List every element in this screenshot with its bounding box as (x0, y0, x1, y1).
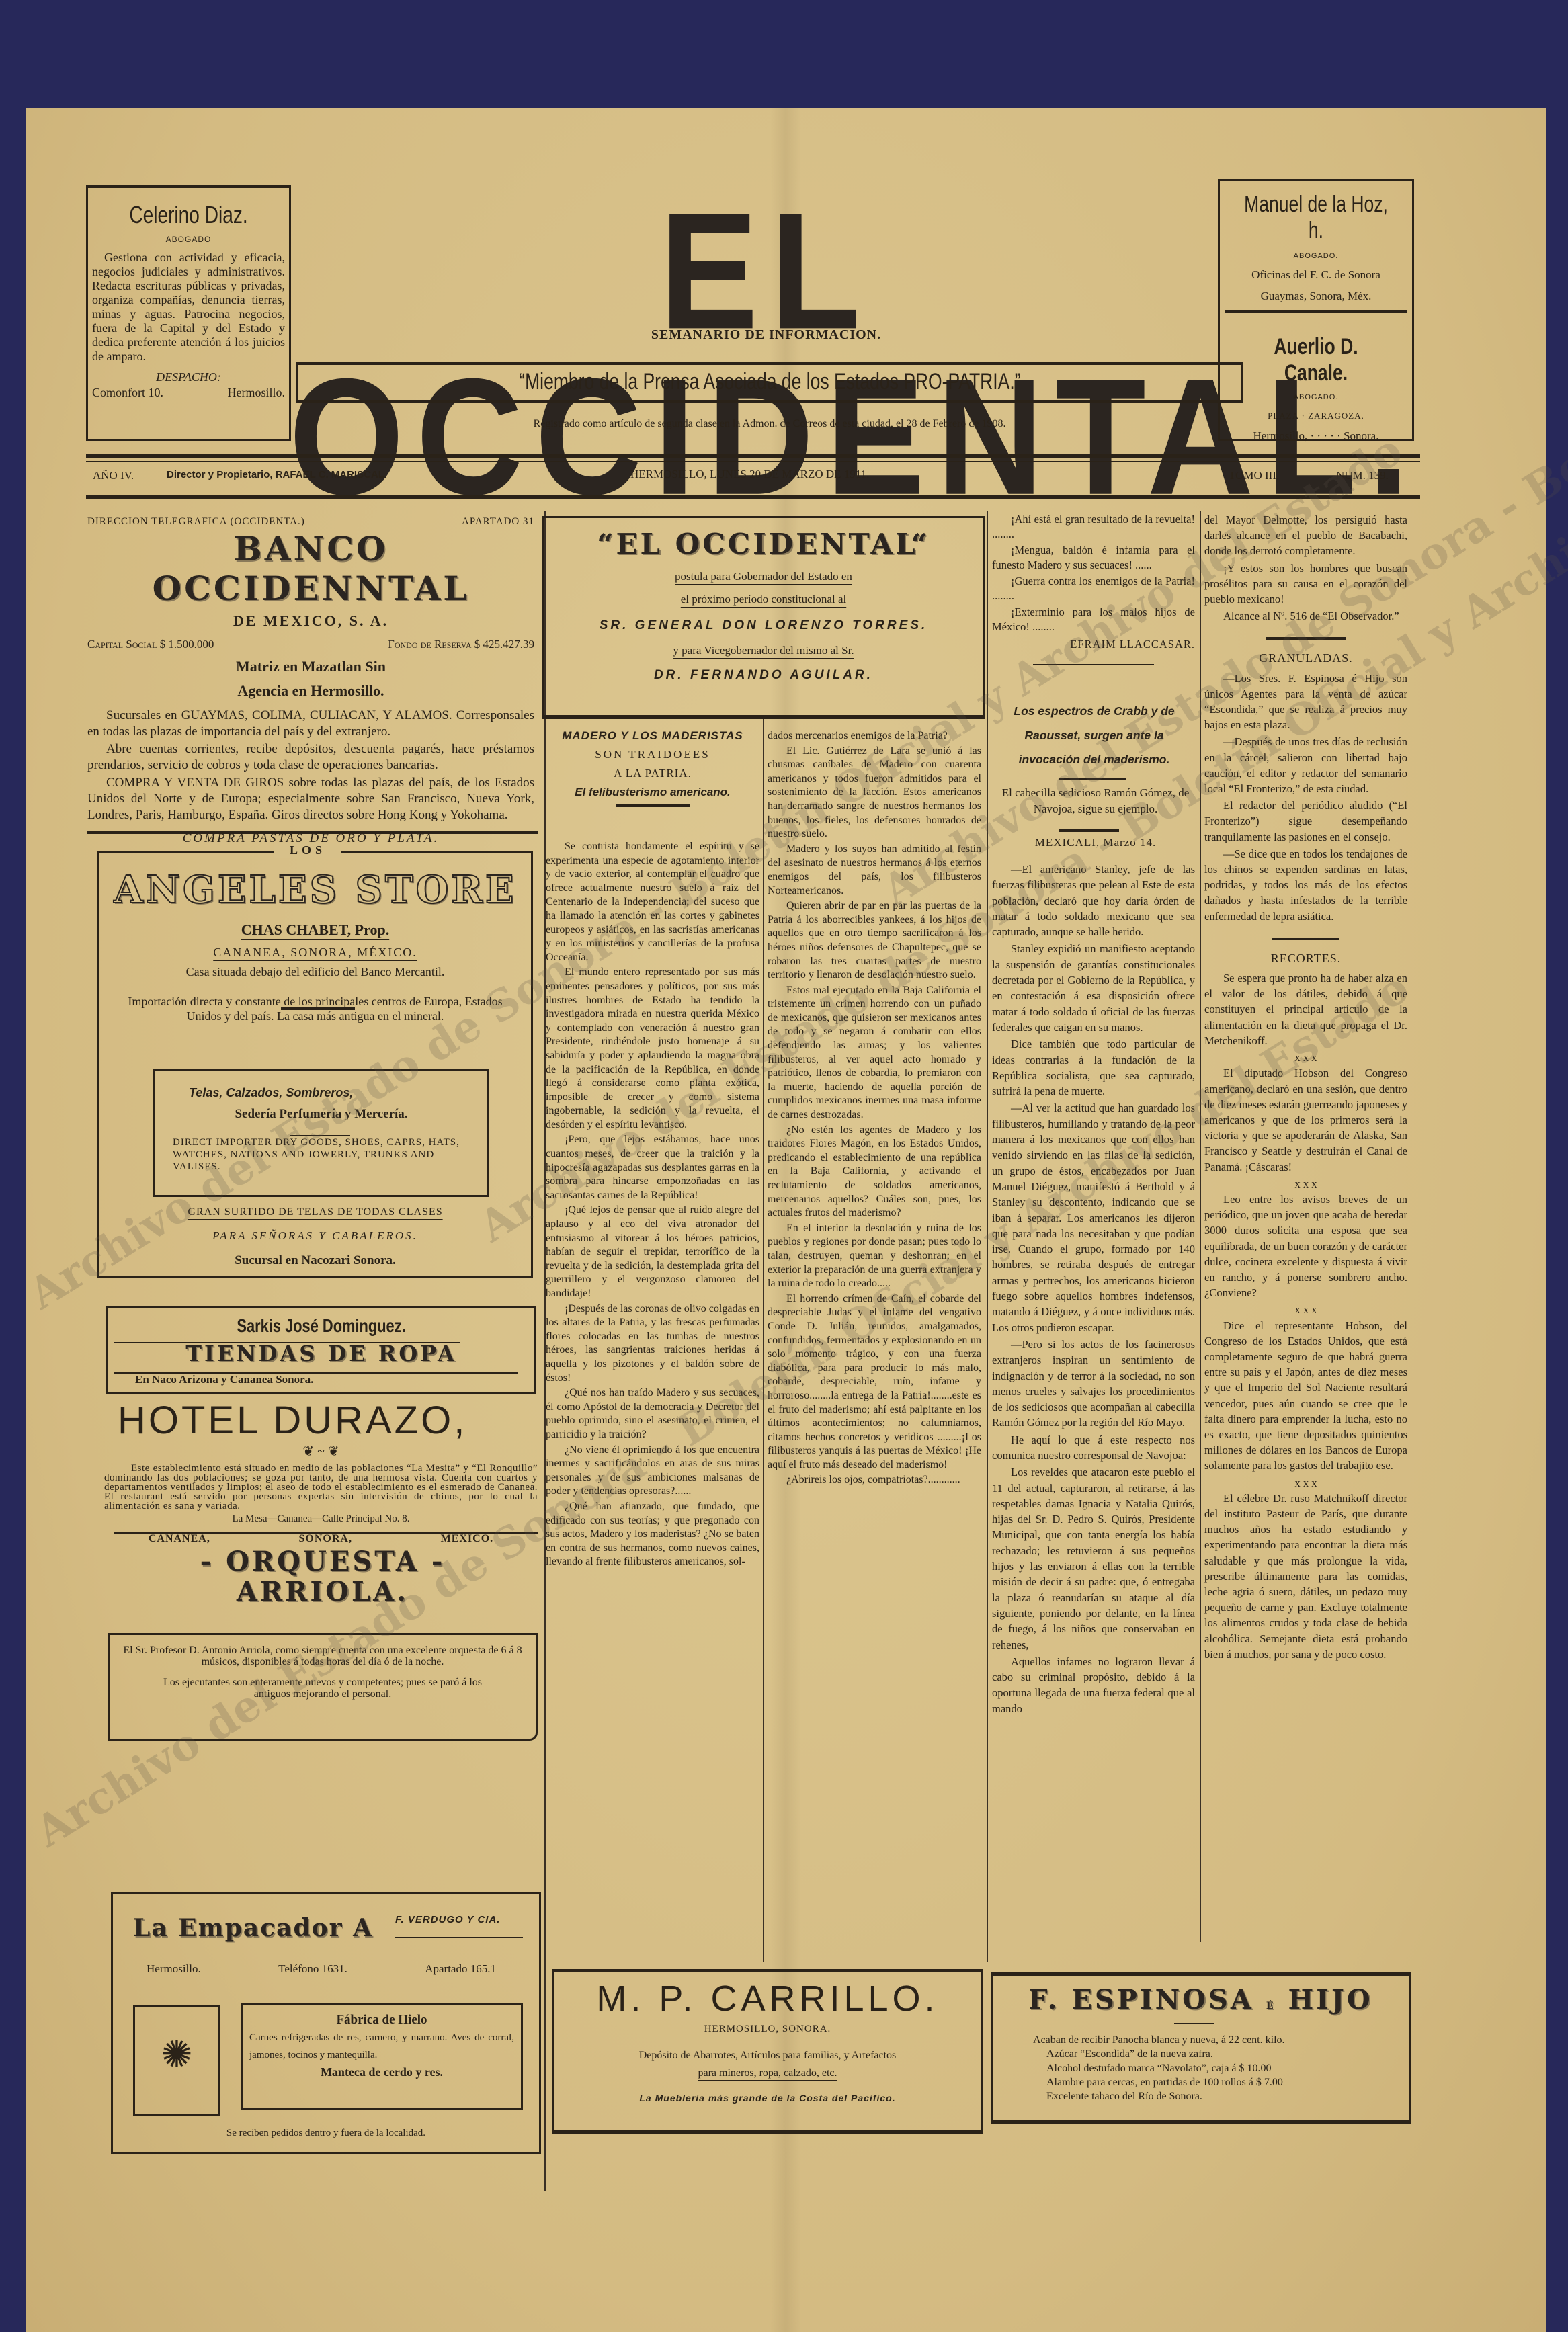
lawyer-city: Hermosillo. (228, 386, 286, 400)
recortes-title: RECORTES. (1204, 951, 1407, 966)
candidacy-title: “EL OCCIDENTAL“ (544, 528, 983, 560)
madero-paragraph: ¿Qué han afianzado, que fundado, que edi… (546, 1500, 759, 1569)
madero-paragraph: El Lic. Gutiérrez de Lara se unió á las … (768, 745, 981, 841)
espinosa-item: Excelente tabaco del Río de Sonora. (1046, 2089, 1409, 2104)
separator: x x x (1204, 1176, 1407, 1192)
recortes-item: Leo entre los avisos breves de un periód… (1204, 1192, 1407, 1300)
espinosa-ad: F. ESPINOSA É HIJO Acaban de recibir Pan… (991, 1972, 1411, 2124)
inner-divider (290, 1135, 350, 1136)
hotel-city: CANÁNEA, (149, 1533, 210, 1545)
exclamation: ¡Guerra contra los enemigos de la Patria… (992, 574, 1195, 603)
espinosa-conjunction: É (1266, 2001, 1276, 2011)
dateline: AÑO IV. Director y Propietario, RAFAEL C… (86, 466, 1420, 487)
bank-capital: Capital Social $ 1.500.000 (87, 638, 214, 651)
crabb-paragraph: Dice también que todo particular de idea… (992, 1036, 1195, 1099)
author-signature: EFRAIM LLACCASAR. (992, 637, 1195, 652)
crabb-subhead: El cabecilla sedicioso Ramón Gómez, de N… (995, 785, 1196, 817)
madero-paragraph: El mundo entero representado por sus más… (546, 966, 759, 1132)
granuladas-item: —Después de unos tres días de reclusión … (1204, 734, 1407, 796)
madero-paragraph: ¿No viene él oprimiendo á los que encuen… (546, 1444, 759, 1499)
granuladas-item: El redactor del periódico aludido (“El F… (1204, 798, 1407, 845)
bank-reserve: Fondo de Reserva $ 425.427.39 (388, 638, 534, 651)
right-lawyer-card: Manuel de la Hoz, h. ABOGADO. Oficinas d… (1218, 179, 1414, 441)
candidacy-line-1: postula para Gobernador del Estado en (544, 570, 983, 583)
madero-paragraph: Quieren abrir de par en par las puertas … (768, 899, 981, 983)
madero-paragraph: ¿Qué nos han traído Madero y sus secuace… (546, 1386, 759, 1442)
bank-subtitle: DE MEXICO, S. A. (87, 612, 534, 630)
column-4: del Mayor Delmotte, los persiguió hasta … (1204, 512, 1407, 1950)
empacadora-phone: Teléfono 1631. (278, 1962, 347, 1976)
empacadora-ad: La Empacador A F. VERDUGO Y CIA. Hermosi… (111, 1892, 541, 2154)
angeles-proprietor: CHAS CHABET, Prop. (99, 921, 531, 939)
candidacy-box: “EL OCCIDENTAL“ postula para Gobernador … (542, 516, 985, 719)
newspaper-subtitle: SEMANARIO DE INFORMACION. (296, 327, 1237, 343)
sarkis-rule-1 (114, 1342, 460, 1343)
fabrica-title: Fábrica de Hielo (243, 2013, 521, 2028)
empacadora-name: La Empacador A (133, 1914, 373, 1942)
angeles-english: DIRECT IMPORTER DRY GOODS, SHOES, CAPRS,… (173, 1136, 474, 1173)
angeles-audience: PARA SEÑORAS Y CABALEROS. (99, 1229, 531, 1243)
crabb-paragraph: He aquí lo que á este respecto nos comun… (992, 1432, 1195, 1464)
angeles-store-name: ANGELES STORE (99, 868, 531, 912)
bank-bottom-rule (87, 831, 538, 834)
madero-paragraph: ¡Después de las coronas de olivo colgada… (546, 1302, 759, 1386)
hotel-address: La Mesa—Cananea—Calle Principal No. 8. (104, 1513, 538, 1525)
espinosa-item: Alcohol destufado marca “Navolato”, caja… (1046, 2061, 1409, 2075)
espinosa-item: Azúcar “Escondida” de la nueva zafra. (1046, 2047, 1409, 2061)
espinosa-item: Alambre para cercas, en partidas de 100 … (1046, 2075, 1409, 2089)
motto-box: “Miembro de la Prensa Asociada de los Es… (296, 362, 1243, 403)
recortes-item: Se espera que pronto ha de haber alza en… (1204, 970, 1407, 1048)
dateline-top-thin (86, 461, 1420, 462)
sun-emblem-icon: ✺ (135, 2033, 218, 2077)
angeles-los: LOS (274, 843, 341, 858)
madero-article-header: MADERO Y LOS MADERISTAS SON TRAIDOEES A … (546, 729, 759, 807)
granuladas-item: —Los Sres. F. Espinosa é Hijo son únicos… (1204, 671, 1407, 733)
madero-paragraph: ¡Pero, que lejos estábamos, hace unos cu… (546, 1133, 759, 1202)
crabb-rule-1 (1059, 778, 1126, 780)
crabb-headline: Los espectros de Crabb y de Raousset, su… (995, 699, 1194, 772)
left-lawyer-card: Celerino Diaz. ABOGADO Gestiona con acti… (86, 185, 291, 441)
madero-paragraph: Se contrista hondamente el espíritu y se… (546, 840, 759, 964)
empacadora-footer: Se reciben pedidos dentro y fuera de la … (113, 2128, 539, 2139)
sarkis-name: Sarkis José Dominguez. (237, 1315, 405, 1337)
orquesta-box: El Sr. Profesor D. Antonio Arriola, como… (108, 1633, 538, 1741)
candidacy-line-2: el próximo período constitucional al (544, 593, 983, 606)
empacadora-company: F. VERDUGO Y CIA. (395, 1914, 500, 1925)
lawyer-address: Comonfort 10. (92, 386, 163, 400)
lawyer-city-1: Guaymas, Sonora, Méx. (1220, 290, 1412, 303)
bank-ad: DIRECCION TELEGRAFICA (OCCIDENTA.) APART… (87, 516, 534, 846)
bank-po-box: APARTADO 31 (462, 516, 534, 528)
hotel-description: Este establecimiento está situado en med… (104, 1464, 538, 1511)
madero-paragraph: El horrendo crímen de Caín, el cobarde d… (768, 1292, 981, 1472)
hotel-country: MEXICO. (441, 1533, 494, 1545)
crabb-paragraph: —El americano Stanley, jefe de las fuerz… (992, 862, 1195, 940)
telegraph-address: DIRECCION TELEGRAFICA (OCCIDENTA.) (87, 516, 305, 528)
column-rule-3 (987, 511, 988, 1962)
fabrica-text: Carnes refrigeradas de res, carnero, y m… (243, 2028, 521, 2065)
sarkis-location: En Naco Arizona y Cananea Sonora. (135, 1373, 534, 1386)
lawyer-office-2: PLAZA · ZARAGOZA. (1220, 411, 1412, 421)
dateline-top-rule (86, 454, 1420, 458)
angeles-goods-2: Sedería Perfumería y Mercería. (155, 1107, 487, 1122)
carrillo-city: HERMOSILLO, SONORA. (554, 2024, 981, 2035)
recortes-item: El diputado Hobson del Congreso american… (1204, 1065, 1407, 1174)
lawyer-title: ABOGADO (88, 235, 289, 244)
bank-paragraph: Abre cuentas corrientes, recibe depósito… (87, 741, 534, 774)
empacadora-po-box: Apartado 165.1 (425, 1962, 496, 1976)
lawyer-office-1: Oficinas del F. C. de Sonora (1220, 268, 1412, 282)
granuladas-title: GRANULADAS. (1204, 651, 1407, 666)
angeles-branch: Sucursal en Nacozari Sonora. (99, 1253, 531, 1268)
governor-candidate: SR. GENERAL DON LORENZO TORRES. (544, 618, 983, 633)
hotel-name: HOTEL DURAZO, (118, 1398, 538, 1443)
col4-paragraph: Alcance al Nº. 516 de “El Observador.” (1204, 608, 1407, 624)
carrillo-slogan: La Muebleria más grande de la Costa del … (554, 2093, 981, 2104)
issue-date: HERMOSILLO, LUNES 20 DE MARZO DE 1911. (630, 468, 869, 481)
hotel-bottom-rule (114, 1532, 538, 1534)
motto: “Miembro de la Prensa Asociada de los Es… (519, 369, 1020, 395)
espinosa-item: Acaban de recibir Panocha blanca y nueva… (1033, 2033, 1409, 2047)
angeles-divider (281, 1007, 355, 1010)
crabb-paragraph: Aquellos infames no lograron llevar á ca… (992, 1654, 1195, 1716)
lawyer-name: Celerino Diaz. (110, 201, 267, 229)
company-rule (395, 1933, 523, 1933)
crabb-paragraph: Stanley expidió un manifiesto aceptando … (992, 941, 1195, 1035)
candidacy-line-3: y para Vicegobernador del mismo al Sr. (544, 644, 983, 657)
madero-paragraph: En el interior la desolación y ruina de … (768, 1222, 981, 1291)
orquesta-title-1: - ORQUESTA - (108, 1546, 538, 1577)
exclamation: ¡Mengua, baldón é infamia para el funest… (992, 543, 1195, 573)
emblem-box: ✺ (133, 2005, 220, 2116)
madero-headline-1: MADERO Y LOS MADERISTAS (546, 729, 759, 743)
espinosa-hijo: HIJO (1288, 1984, 1372, 2015)
espinosa-surname: F. ESPINOSA (1028, 1984, 1254, 2015)
bank-headquarters: Matriz en Mazatlan Sin (87, 658, 534, 675)
dateline-bottom-thin (86, 491, 1420, 491)
card-divider (1225, 310, 1407, 313)
lawyer-name-2: Auerlio D. Canale. (1241, 334, 1391, 386)
espinosa-list: Acaban de recibir Panocha blanca y nueva… (1033, 2033, 1409, 2104)
lawyer-city-2: Hermosillo, · · · · · Sonora. (1220, 429, 1412, 443)
carrillo-text-2: para mineros, ropa, calzado, etc. (554, 2067, 981, 2079)
separator: x x x (1204, 1302, 1407, 1317)
recortes-item: El célebre Dr. ruso Matchnikoff director… (1204, 1491, 1407, 1662)
separator: x x x (1204, 1050, 1407, 1065)
lawyer-title-1: ABOGADO. (1220, 252, 1412, 260)
volume: TOMO III. (1229, 469, 1279, 483)
sarkis-ad: Sarkis José Dominguez. TIENDAS DE ROPA E… (106, 1306, 536, 1394)
dateline-bottom-rule (86, 495, 1420, 499)
exclamation: ¡Ahí está el gran resultado de la revuel… (992, 512, 1195, 542)
hotel-state: SONORA, (298, 1533, 352, 1545)
angeles-situated: Casa situada debajo del edificio del Ban… (99, 965, 531, 979)
bank-paragraph: COMPRA Y VENTA DE GIROS sobre todas las … (87, 775, 534, 823)
madero-paragraph: Estos mal ejecutado en la Baja Californi… (768, 984, 981, 1122)
col4-paragraph: ¡Y estos son los hombres que buscan pros… (1204, 560, 1407, 608)
lawyer-name-1: Manuel de la Hoz, h. (1241, 192, 1391, 244)
col4-rule-2 (1272, 938, 1339, 940)
lawyer-title-2: ABOGADO. (1220, 393, 1412, 401)
recortes-item: Dice el representante Hobson, del Congre… (1204, 1318, 1407, 1474)
ornament-icon: ❦ ~ ❦ (104, 1443, 538, 1460)
angeles-store-ad: LOS ANGELES STORE CHAS CHABET, Prop. CAN… (97, 851, 533, 1278)
crabb-paragraph: Los reveldes que atacaron este pueblo el… (992, 1464, 1195, 1653)
orquesta-text-2: Los ejecutantes son enteramente nuevos y… (110, 1667, 536, 1700)
company-rule-2 (395, 1937, 523, 1938)
orquesta-text-1: El Sr. Profesor D. Antonio Arriola, como… (110, 1635, 536, 1667)
hotel-ad: HOTEL DURAZO, ❦ ~ ❦ Este establecimiento… (104, 1398, 538, 1545)
exclamation: ¡Exterminio para los malos hijos de Méxi… (992, 605, 1195, 634)
angeles-assortment: GRAN SURTIDO DE TELAS DE TODAS CLASES (99, 1206, 531, 1218)
madero-paragraph: Madero y los suyos han admitido al festí… (768, 843, 981, 898)
madero-rule (616, 804, 690, 807)
sarkis-store: TIENDAS DE ROPA (108, 1341, 534, 1366)
crabb-rule-2 (1059, 829, 1119, 832)
fabrica-box: Fábrica de Hielo Carnes refrigeradas de … (241, 2003, 523, 2110)
orquesta-title-2: ARRIOLA. (108, 1576, 538, 1608)
crabb-paragraph: —Pero si los actos de los facinerosos ex… (992, 1337, 1195, 1431)
madero-paragraph: dados mercenarios enemigos de la Patria? (768, 729, 981, 743)
sarkis-rule-2 (114, 1372, 518, 1374)
column-3-top: ¡Ahí está el gran resultado de la revuel… (992, 512, 1195, 665)
empacadora-city: Hermosillo. (147, 1962, 201, 1976)
fabrica-manteca: Manteca de cerdo y res. (243, 2065, 521, 2079)
despacho-label: DESPACHO: (88, 370, 289, 384)
madero-paragraph: ¡Qué lejos de pensar que al ruido alegre… (546, 1204, 759, 1300)
bank-agency: Agencia en Hermosillo. (87, 682, 534, 700)
angeles-inner-box: Telas, Calzados, Sombreros, Sedería Perf… (153, 1069, 489, 1197)
orquesta-ad: - ORQUESTA - ARRIOLA. El Sr. Profesor D.… (108, 1546, 538, 1862)
carrillo-name: M. P. CARRILLO. (554, 1978, 981, 2019)
issue-number: NUM. 139. (1336, 469, 1389, 483)
lawyer-description: Gestiona con actividad y eficacia, negoc… (88, 244, 289, 364)
madero-column-1: Se contrista hondamente el espíritu y se… (546, 840, 759, 1956)
madero-headline-2: SON TRAIDOEES (546, 748, 759, 761)
column-rule-4 (1200, 511, 1201, 1942)
madero-paragraph: ¿No estén los agentes de Madero y los tr… (768, 1124, 981, 1220)
crabb-body: —El americano Stanley, jefe de las fuerz… (992, 862, 1195, 1957)
separator: x x x (1204, 1475, 1407, 1491)
bank-paragraph: Sucursales en GUAYMAS, COLIMA, CULIACAN,… (87, 708, 534, 740)
year: AÑO IV. (93, 469, 134, 483)
espinosa-rule (1174, 2023, 1214, 2024)
registration-note: Registrado como artículo de segunda clas… (296, 418, 1243, 430)
col4-rule-1 (1266, 637, 1346, 640)
madero-paragraph: ¿Abrireis los ojos, compatriotas?.......… (768, 1473, 981, 1487)
column-rule-2 (763, 719, 764, 1962)
bank-name: BANCO OCCIDENNTAL (87, 529, 534, 608)
carrillo-ad: M. P. CARRILLO. HERMOSILLO, SONORA. Depó… (552, 1969, 983, 2134)
crabb-dateline: MEXICALI, Marzo 14. (995, 836, 1196, 849)
col3-rule (1033, 664, 1154, 665)
espinosa-name: F. ESPINOSA É HIJO (993, 1984, 1409, 2015)
crabb-paragraph: —Al ver la actitud que han guardado los … (992, 1100, 1195, 1335)
angeles-location: CANANEA, SONORA, MÉXICO. (99, 946, 531, 960)
vice-candidate: DR. FERNANDO AGUILAR. (544, 668, 983, 683)
angeles-goods-1: Telas, Calzados, Sombreros, (189, 1086, 487, 1100)
carrillo-text-1: Depósito de Abarrotes, Artículos para fa… (554, 2050, 981, 2062)
granuladas-item: —Se dice que en todos los tendajones de … (1204, 846, 1407, 924)
madero-subhead: El felibusterismo americano. (546, 786, 759, 799)
director: Director y Propietario, RAFAEL C. MARISC… (167, 469, 387, 481)
col4-paragraph: del Mayor Delmotte, los persiguió hasta … (1204, 512, 1407, 559)
madero-headline-3: A LA PATRIA. (546, 767, 759, 780)
madero-column-2: dados mercenarios enemigos de la Patria?… (768, 729, 981, 1956)
